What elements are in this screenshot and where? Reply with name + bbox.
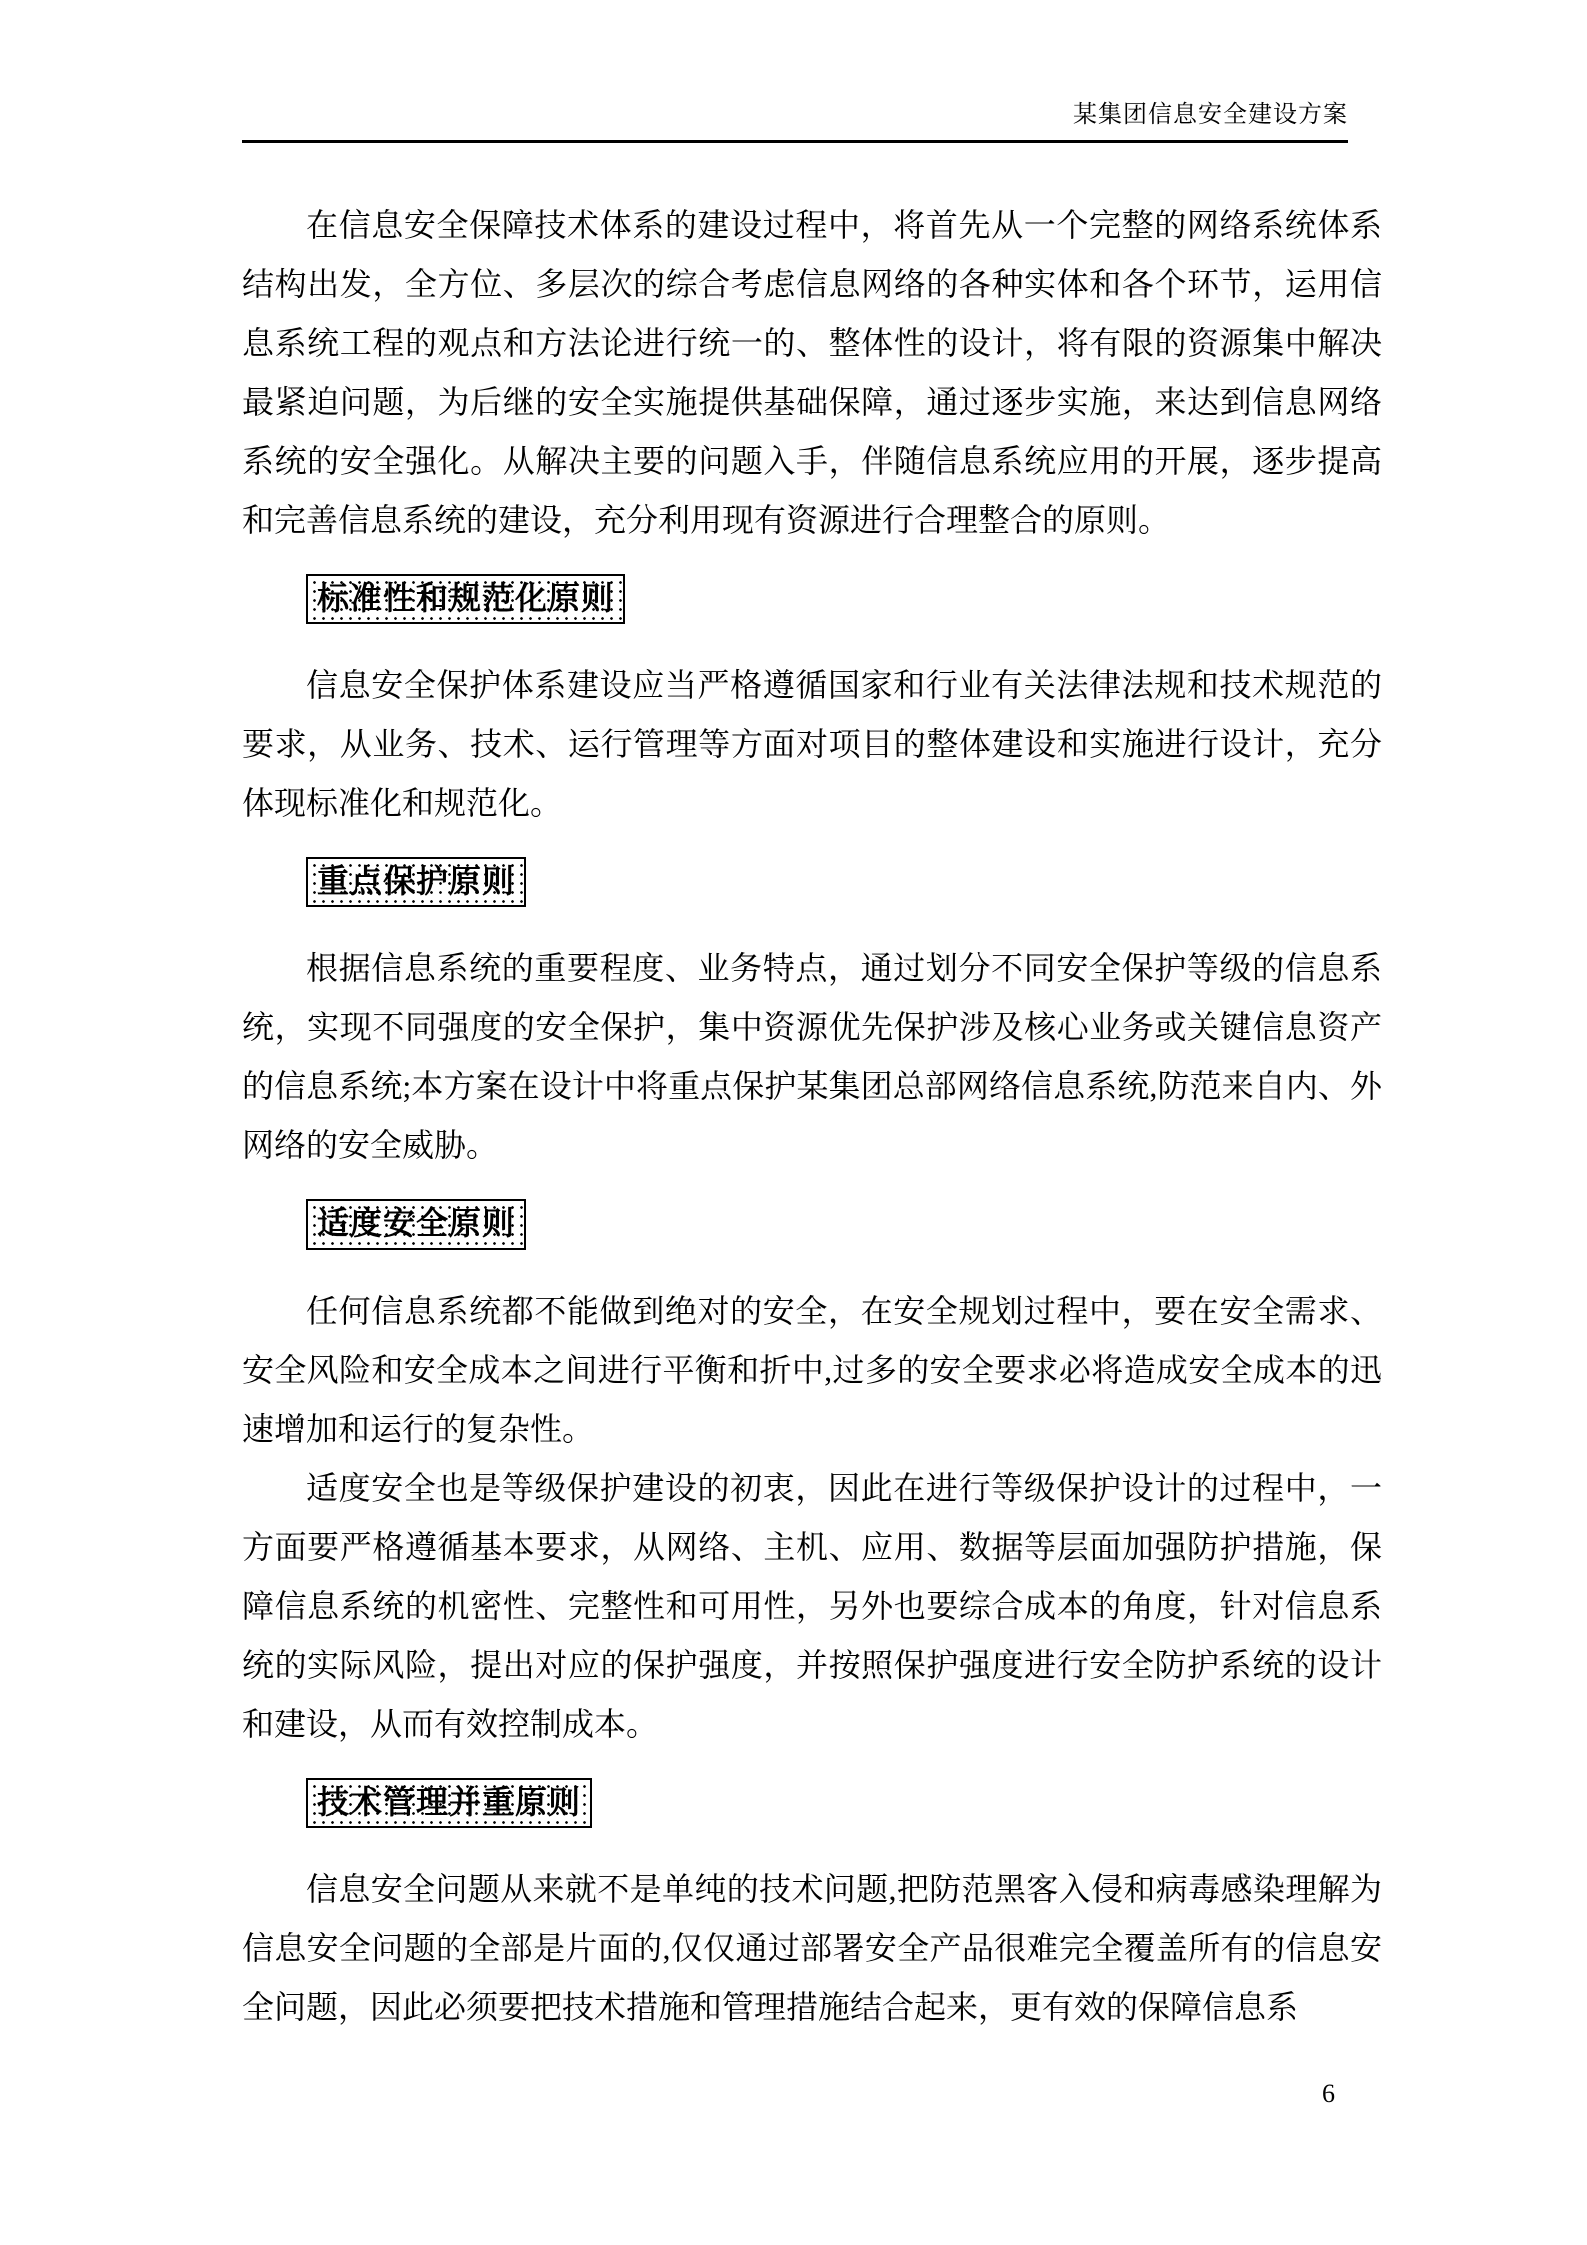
section-heading-row: 重点保护原则 [306, 857, 1382, 907]
body-paragraph: 信息安全保护体系建设应当严格遵循国家和行业有关法律法规和技术规范的要求，从业务、… [242, 656, 1382, 833]
page-header-title: 某集团信息安全建设方案 [1073, 102, 1348, 128]
body-paragraph: 根据信息系统的重要程度、业务特点，通过划分不同安全保护等级的信息系统，实现不同强… [242, 939, 1382, 1175]
body-paragraph: 适度安全也是等级保护建设的初衷，因此在进行等级保护设计的过程中，一方面要严格遵循… [242, 1459, 1382, 1754]
document-body: 在信息安全保障技术体系的建设过程中，将首先从一个完整的网络系统体系结构出发，全方… [242, 196, 1382, 2037]
section-heading-box: 技术管理并重原则 [306, 1778, 592, 1828]
section-heading-row: 适度安全原则 [306, 1199, 1382, 1249]
body-paragraph: 任何信息系统都不能做到绝对的安全，在安全规划过程中，要在安全需求、安全风险和安全… [242, 1282, 1382, 1459]
section-heading-box: 标准性和规范化原则 [306, 574, 625, 624]
page-header: 某集团信息安全建设方案 [242, 98, 1348, 143]
body-paragraph: 信息安全问题从来就不是单纯的技术问题,把防范黑客入侵和病毒感染理解为信息安全问题… [242, 1860, 1382, 2037]
section-heading-box: 重点保护原则 [306, 857, 526, 907]
body-paragraph: 在信息安全保障技术体系的建设过程中，将首先从一个完整的网络系统体系结构出发，全方… [242, 196, 1382, 550]
section-heading-box: 适度安全原则 [306, 1199, 526, 1249]
document-page: 某集团信息安全建设方案 在信息安全保障技术体系的建设过程中，将首先从一个完整的网… [0, 0, 1587, 2245]
section-heading-row: 标准性和规范化原则 [306, 574, 1382, 624]
page-number: 6 [1322, 2078, 1335, 2110]
section-heading-row: 技术管理并重原则 [306, 1778, 1382, 1828]
